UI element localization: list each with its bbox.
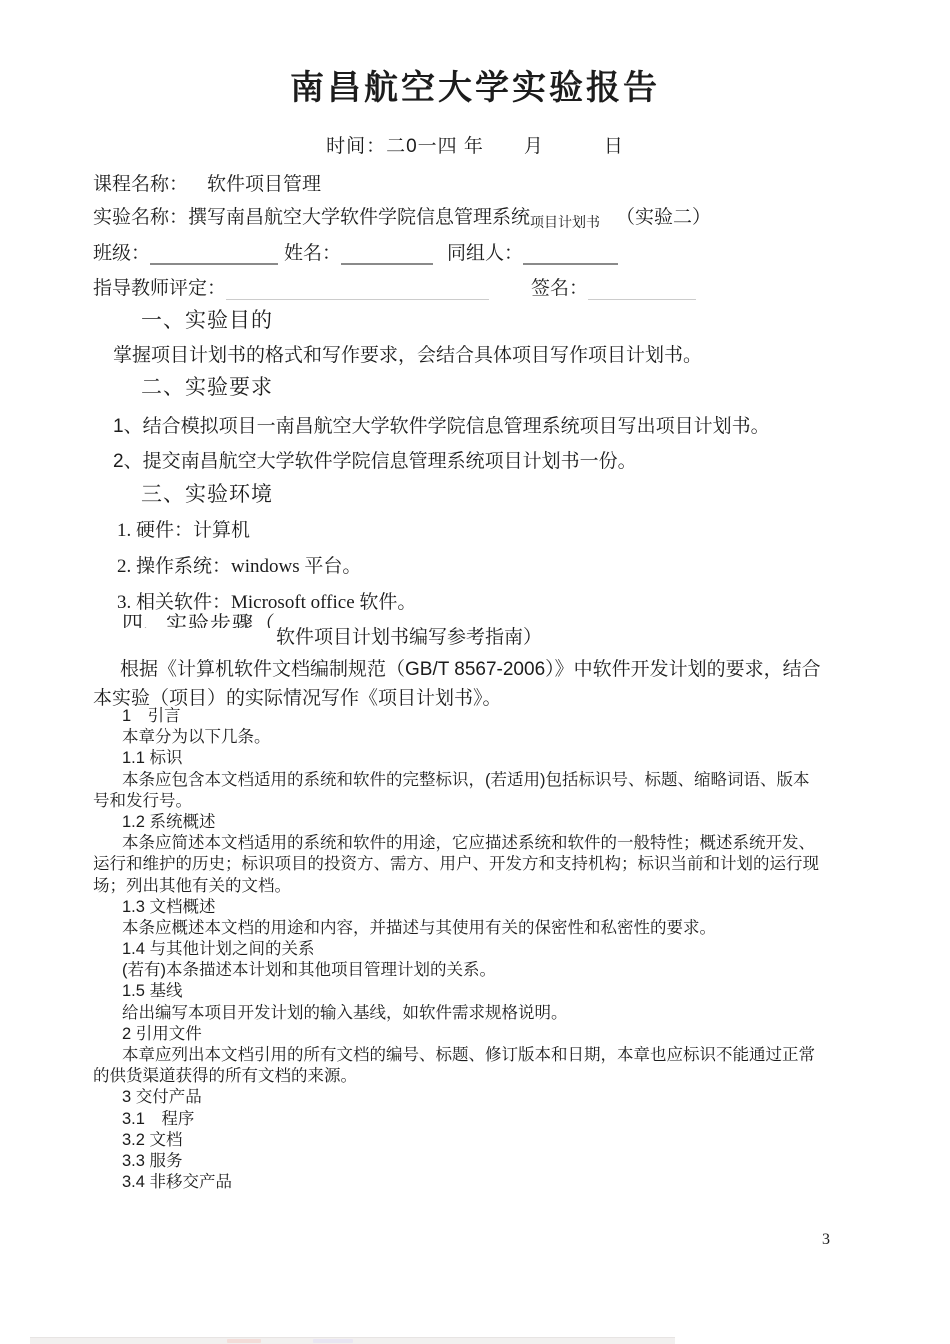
section-3-item-os: 2. 操作系统：windows 平台。 — [117, 551, 361, 578]
guide-line: 3.4 非移交产品 — [93, 1172, 868, 1193]
partner-label: 同组人： — [447, 243, 523, 264]
intro-paragraph-line-1: 根据《计算机软件文档编制规范（GB/T 8567-2006）》中软件开发计划的要… — [120, 654, 821, 681]
guide-line: 3.3 服务 — [93, 1151, 868, 1172]
guide-line: 1.5 基线 — [93, 981, 868, 1002]
guide-line: 本条应概述本文档的用途和内容，并描述与其使用有关的保密性和私密性的要求。 — [93, 918, 868, 939]
signature-label: 签名： — [531, 278, 588, 299]
guide-line: 3.2 文档 — [93, 1130, 868, 1151]
guide-line: 3.1 程序 — [93, 1109, 868, 1130]
section-3-item-hardware: 1. 硬件：计算机 — [117, 515, 250, 542]
guide-line: 本条应简述本文档适用的系统和软件的用途，它应描述系统和软件的一般特性；概述系统开… — [93, 833, 868, 854]
evaluation-label: 指导教师评定： — [93, 278, 226, 299]
guide-line: 本条应包含本文档适用的系统和软件的完整标识，(若适用)包括标识号、标题、缩略词语… — [93, 770, 868, 791]
guide-line: 的供货渠道获得的所有文档的来源。 — [93, 1066, 868, 1087]
course-name-line: 课程名称：软件项目管理 — [93, 169, 321, 196]
guide-line: 1.4 与其他计划之间的关系 — [93, 939, 868, 960]
plan-writing-guide: 1 引言 本章分为以下几条。 1.1 标识 本条应包含本文档适用的系统和软件的完… — [93, 706, 868, 1193]
guide-line: 号和发行号。 — [93, 791, 868, 812]
guide-line: 场；列出其他有关的文档。 — [93, 876, 868, 897]
guide-line: 1 引言 — [93, 706, 868, 727]
partner-blank-line — [523, 243, 618, 265]
section-4-heading-line: 四、实验步骤（软件项目计划书编写参考指南） — [122, 612, 542, 646]
section-2-item-1: 1、结合模拟项目一南昌航空大学软件学院信息管理系统项目写出项目计划书。 — [113, 411, 770, 438]
signature-blank-line — [588, 279, 696, 300]
course-label: 课程名称： — [93, 174, 188, 195]
guide-line: 本章应列出本文档引用的所有文档的编号、标题、修订版本和日期，本章也应标识不能通过… — [93, 1045, 868, 1066]
section-3-heading: 三、实验环境 — [141, 478, 273, 508]
guide-line: 1.3 文档概述 — [93, 897, 868, 918]
section-3-item-software: 3. 相关软件：Microsoft office 软件。 — [117, 587, 416, 614]
guide-line: 1.1 标识 — [93, 748, 868, 769]
class-name-partner-line: 班级：姓名：同组人： — [93, 238, 618, 265]
class-blank-line — [150, 243, 278, 265]
guide-line: (若有)本条描述本计划和其他项目管理计划的关系。 — [93, 960, 868, 981]
guide-line: 1.2 系统概述 — [93, 812, 868, 833]
experiment-suffix: （实验二） — [616, 207, 711, 228]
guide-line: 3 交付产品 — [93, 1087, 868, 1108]
section-1-heading: 一、实验目的 — [141, 304, 273, 334]
class-label: 班级： — [93, 243, 150, 264]
section-2-item-2: 2、提交南昌航空大学软件学院信息管理系统项目计划书一份。 — [113, 446, 637, 473]
course-value: 软件项目管理 — [207, 174, 321, 195]
date-line: 时间：二0一四 年 月 日 — [0, 131, 950, 158]
experiment-label: 实验名称： — [93, 207, 188, 228]
section-4-heading-clipped: 四、实验步骤（ — [122, 612, 276, 628]
evaluation-blank-line — [226, 279, 489, 300]
report-page: 南昌航空大学实验报告 时间：二0一四 年 月 日 课程名称：软件项目管理 实验名… — [0, 0, 950, 1344]
name-label: 姓名： — [284, 243, 341, 264]
section-1-body: 掌握项目计划书的格式和写作要求，会结合具体项目写作项目计划书。 — [113, 340, 702, 367]
page-number: 3 — [822, 1231, 830, 1249]
experiment-value: 撰写南昌航空大学软件学院信息管理系统 — [188, 207, 530, 228]
name-blank-line — [341, 243, 433, 265]
footer-watermark-mark — [227, 1339, 261, 1343]
section-2-heading: 二、实验要求 — [141, 371, 273, 401]
footer-watermark-mark — [313, 1339, 353, 1343]
guide-line: 运行和维护的历史；标识项目的投资方、需方、用户、开发方和支持机构；标识当前和计划… — [93, 854, 868, 875]
section-4-heading-rest: 软件项目计划书编写参考指南） — [276, 622, 542, 649]
report-title: 南昌航空大学实验报告 — [0, 60, 950, 109]
guide-line: 2 引用文件 — [93, 1024, 868, 1045]
experiment-name-line: 实验名称：撰写南昌航空大学软件学院信息管理系统项目计划书（实验二） — [93, 202, 711, 229]
experiment-subscript: 项目计划书 — [530, 214, 600, 230]
evaluation-line: 指导教师评定：签名： — [93, 273, 696, 300]
guide-line: 给出编写本项目开发计划的输入基线，如软件需求规格说明。 — [93, 1003, 868, 1024]
guide-line: 本章分为以下几条。 — [93, 727, 868, 748]
footer-strip — [30, 1337, 675, 1344]
